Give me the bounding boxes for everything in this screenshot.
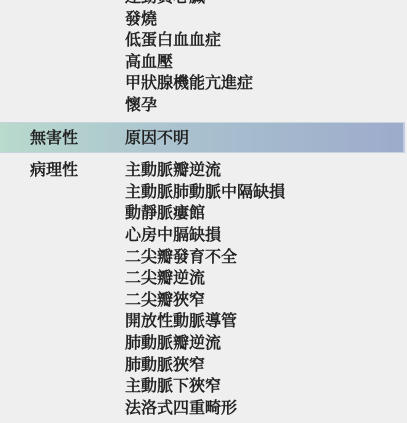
cause-item: 開放性動脈導管	[125, 310, 285, 332]
cause-item: 甲狀腺機能亢進症	[125, 72, 253, 94]
cause-item: 心房中膈缺損	[125, 224, 285, 246]
cause-item: 低蛋白血血症	[125, 29, 253, 51]
cause-item: 主動脈肺動脈中隔缺損	[125, 181, 285, 203]
category-label: 病理性	[0, 159, 125, 181]
cause-item: 二尖瓣狹窄	[125, 289, 285, 311]
table-row-physiological: 運動員心臟 發燒 低蛋白血血症 高血壓 甲狀腺機能亢進症 懷孕	[0, 0, 405, 116]
cause-list: 主動脈瓣逆流 主動脈肺動脈中隔缺損 動靜脈瘻館 心房中膈缺損 二尖瓣發育不全 二…	[125, 159, 285, 418]
cause-item: 動靜脈瘻館	[125, 202, 285, 224]
heart-murmur-causes-table: 運動員心臟 發燒 低蛋白血血症 高血壓 甲狀腺機能亢進症 懷孕 無害性 原因不明…	[0, 0, 407, 418]
cause-list: 原因不明	[125, 127, 189, 149]
table-row-innocent-highlighted: 無害性 原因不明	[0, 122, 405, 154]
cause-item: 主動脈下狹窄	[125, 375, 285, 397]
cause-item: 二尖瓣發育不全	[125, 246, 285, 268]
cause-item: 運動員心臟	[125, 0, 253, 8]
cause-item: 原因不明	[125, 127, 189, 149]
table-row-pathological: 病理性 主動脈瓣逆流 主動脈肺動脈中隔缺損 動靜脈瘻館 心房中膈缺損 二尖瓣發育…	[0, 159, 405, 418]
cause-list: 運動員心臟 發燒 低蛋白血血症 高血壓 甲狀腺機能亢進症 懷孕	[125, 0, 253, 116]
cause-item: 法洛式四重畸形	[125, 397, 285, 419]
cause-item: 發燒	[125, 8, 253, 30]
cause-item: 高血壓	[125, 51, 253, 73]
cause-item: 二尖瓣逆流	[125, 267, 285, 289]
cause-item: 懷孕	[125, 94, 253, 116]
cause-item: 肺動脈狹窄	[125, 354, 285, 376]
cause-item: 主動脈瓣逆流	[125, 159, 285, 181]
cause-item: 肺動脈瓣逆流	[125, 332, 285, 354]
category-label: 無害性	[0, 127, 125, 149]
